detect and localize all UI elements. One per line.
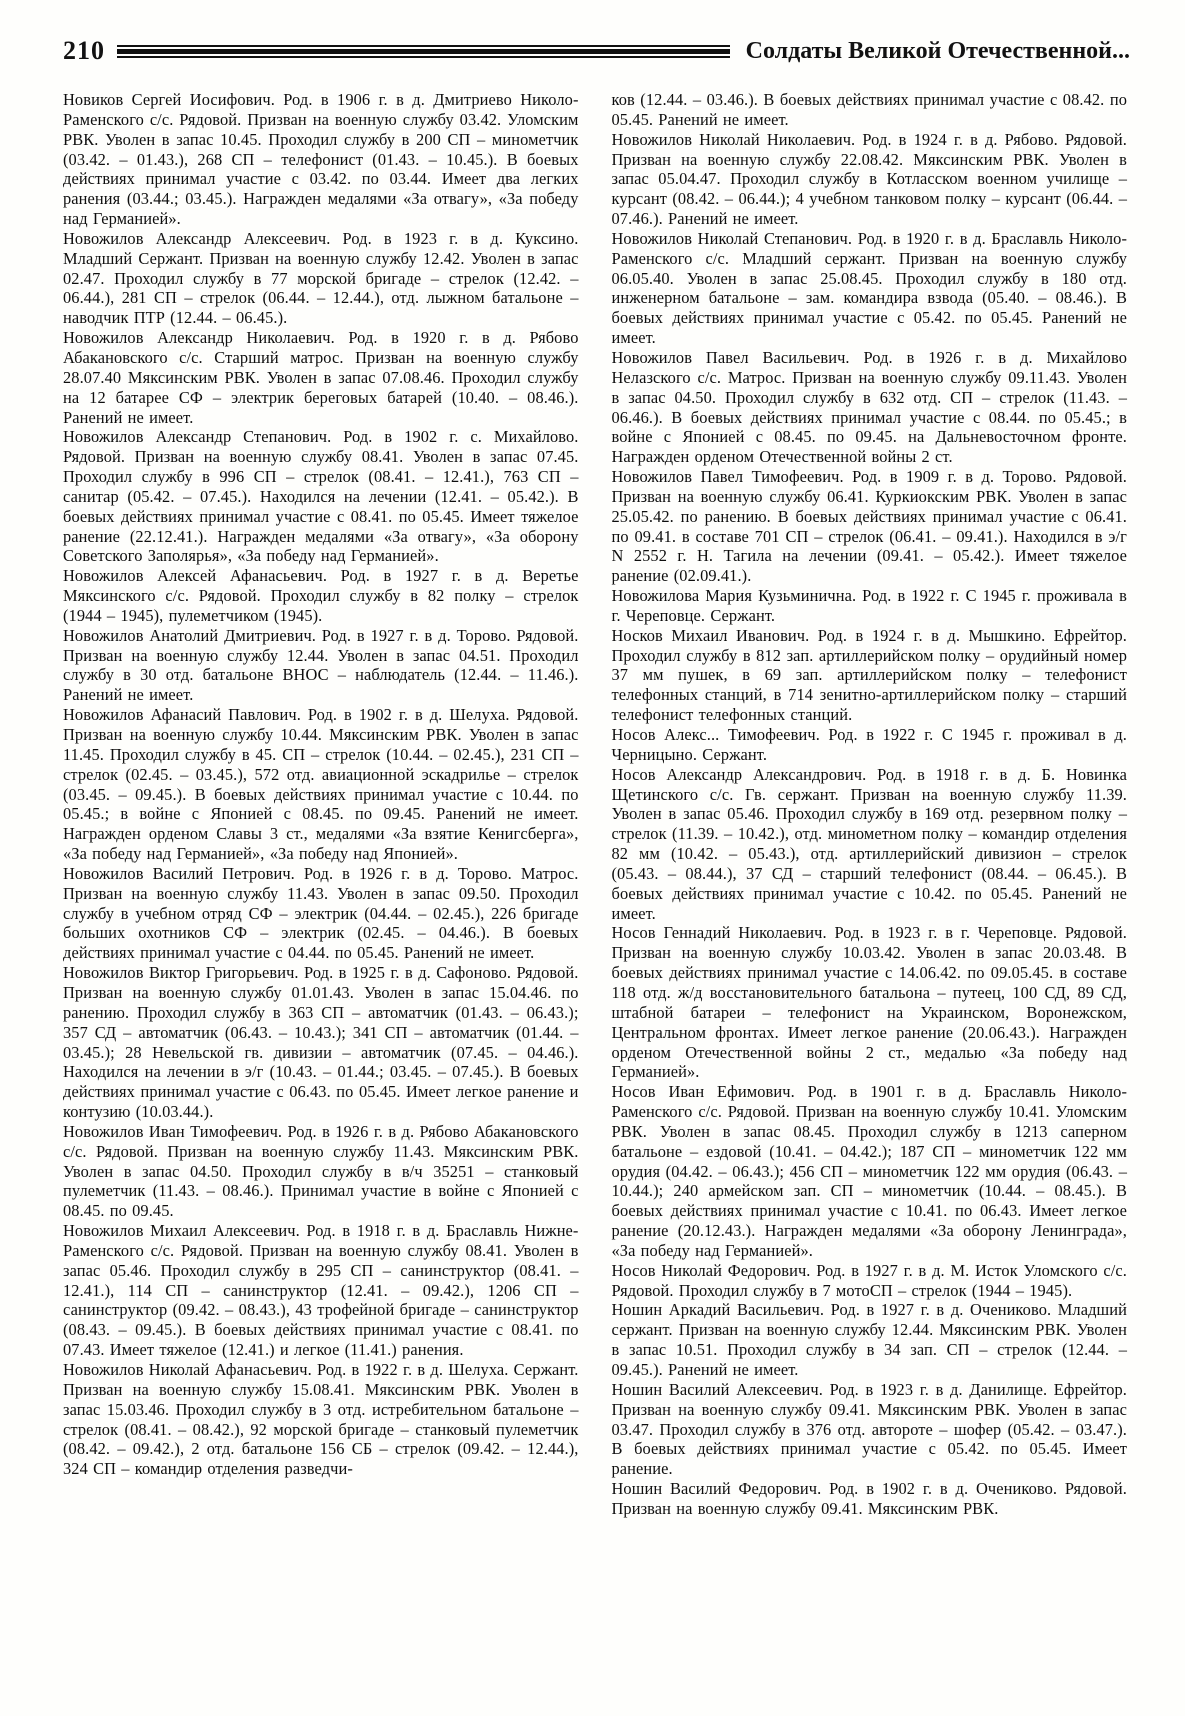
soldier-entry: Новожилов Алексей Афанасьевич. Род. в 19…	[63, 566, 579, 626]
soldier-entry: Новиков Сергей Иосифович. Род. в 1906 г.…	[63, 90, 579, 229]
text-columns: Новиков Сергей Иосифович. Род. в 1906 г.…	[63, 90, 1127, 1519]
soldier-entry: Носов Иван Ефимович. Род. в 1901 г. в д.…	[612, 1082, 1128, 1261]
soldier-entry: Носов Александр Александрович. Род. в 19…	[612, 765, 1128, 924]
running-title: Солдаты Великой Отечественной...	[746, 39, 1130, 63]
soldier-entry: Новожилов Павел Васильевич. Род. в 1926 …	[612, 348, 1128, 467]
soldier-entry: Ношин Василий Федорович. Род. в 1902 г. …	[612, 1479, 1128, 1519]
soldier-entry: Новожилов Павел Тимофеевич. Род. в 1909 …	[612, 467, 1128, 586]
soldier-entry: Новожилов Николай Николаевич. Род. в 192…	[612, 130, 1128, 229]
header-rule	[117, 45, 730, 58]
soldier-entry: Новожилов Николай Степанович. Род. в 192…	[612, 229, 1128, 348]
soldier-entry: Новожилов Иван Тимофеевич. Род. в 1926 г…	[63, 1122, 579, 1221]
book-page: 210 Солдаты Великой Отечественной... Нов…	[0, 0, 1185, 1716]
soldier-entry: Носов Алекс... Тимофеевич. Род. в 1922 г…	[612, 725, 1128, 765]
soldier-entry: Новожилов Виктор Григорьевич. Род. в 192…	[63, 963, 579, 1122]
soldier-entry: Новожилов Николай Афанасьевич. Род. в 19…	[63, 1360, 579, 1479]
soldier-entry-continuation: ков (12.44. – 03.46.). В боевых действия…	[612, 90, 1128, 130]
soldier-entry: Носков Михаил Иванович. Род. в 1924 г. в…	[612, 626, 1128, 725]
soldier-entry: Новожилов Александр Алексеевич. Род. в 1…	[63, 229, 579, 328]
soldier-entry: Новожилова Мария Кузьминична. Род. в 192…	[612, 586, 1128, 626]
soldier-entry: Носов Николай Федорович. Род. в 1927 г. …	[612, 1261, 1128, 1301]
soldier-entry: Новожилов Александр Николаевич. Род. в 1…	[63, 328, 579, 427]
page-number: 210	[63, 38, 105, 64]
right-column: ков (12.44. – 03.46.). В боевых действия…	[612, 90, 1128, 1519]
page-header: 210 Солдаты Великой Отечественной...	[63, 38, 1130, 64]
left-column: Новиков Сергей Иосифович. Род. в 1906 г.…	[63, 90, 579, 1519]
soldier-entry: Новожилов Александр Степанович. Род. в 1…	[63, 427, 579, 566]
soldier-entry: Новожилов Анатолий Дмитриевич. Род. в 19…	[63, 626, 579, 705]
soldier-entry: Новожилов Василий Петрович. Род. в 1926 …	[63, 864, 579, 963]
soldier-entry: Новожилов Афанасий Павлович. Род. в 1902…	[63, 705, 579, 864]
soldier-entry: Ношин Аркадий Васильевич. Род. в 1927 г.…	[612, 1300, 1128, 1379]
soldier-entry: Новожилов Михаил Алексеевич. Род. в 1918…	[63, 1221, 579, 1360]
soldier-entry: Носов Геннадий Николаевич. Род. в 1923 г…	[612, 923, 1128, 1082]
soldier-entry: Ношин Василий Алексеевич. Род. в 1923 г.…	[612, 1380, 1128, 1479]
